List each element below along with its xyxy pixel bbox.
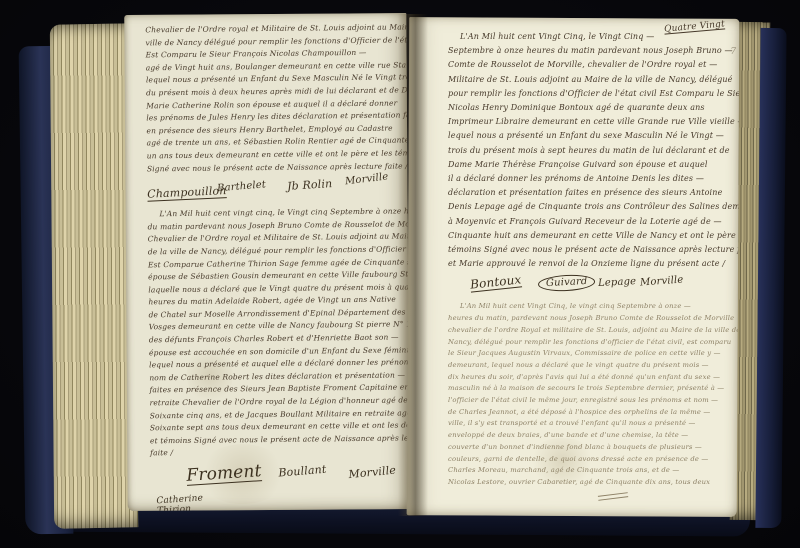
record-foundling-charles-jeannot-faded: L'An Mil huit cent Vingt Cinq, le vingt … — [448, 301, 734, 488]
manuscript-line: Nicolas Henry Dominique Bontoux agé de q… — [448, 101, 734, 115]
manuscript-line: Militaire de St. Louis adjoint au Maire … — [448, 73, 734, 87]
manuscript-line: et Marie approuvé le renvoi de la Onziem… — [448, 257, 734, 271]
photograph-background: Chevalier de l'Ordre royal et Militaire … — [0, 0, 800, 548]
manuscript-line: Cinquante huit ans demeurant en cette Vi… — [448, 229, 734, 243]
left-page: Chevalier de l'Ordre royal et Militaire … — [124, 13, 409, 511]
manuscript-line: témoins Signé avec nous le présent acte … — [448, 243, 734, 257]
manuscript-line: enveloppé de deux braies, d'une bande et… — [448, 430, 734, 442]
manuscript-line: demeurant, lequel nous a déclaré que le … — [448, 360, 734, 372]
signature-row: ChampouillonBartheletJb RolinMorville — [147, 176, 399, 209]
birth-record-jules-henry-champouillon: Chevalier de l'Ordre royal et Militaire … — [145, 22, 399, 176]
right-page-text: Quatre Vingt L'An Mil huit cent Vingt Ci… — [408, 18, 738, 499]
manuscript-line: déclaration et présentation faites en pr… — [448, 186, 734, 200]
manuscript-line: Septembre à onze heures du matin pardeva… — [448, 44, 734, 58]
manuscript-line: lequel nous a présenté un Enfant du sexe… — [448, 129, 734, 143]
manuscript-line: de Charles Jeannot, a été déposé à l'hos… — [448, 407, 734, 419]
left-page-text: Chevalier de l'Ordre royal et Militaire … — [124, 13, 409, 511]
manuscript-line: l'officier de l'état civil le même jour,… — [448, 395, 734, 407]
signature: Guivard — [538, 274, 596, 293]
signature: Morville — [640, 275, 684, 289]
manuscript-line: Charles Moreau, marchand, agé de Cinquan… — [448, 465, 734, 477]
manuscript-line: ville, il s'y est transporté et a trouvé… — [448, 418, 734, 430]
manuscript-line: Signé avec nous le présent acte de Naiss… — [147, 160, 399, 175]
manuscript-line: Nicolas Lestore, ouvrier Cabaretier, agé… — [448, 477, 734, 489]
signature-row: BontouxGuivardLepageMorville — [448, 273, 734, 301]
signature: Champouillon — [147, 184, 227, 201]
manuscript-line: heures du matin, pardevant nous Joseph B… — [448, 313, 734, 325]
signature: Boullant — [278, 463, 327, 480]
signature: Barthelet — [217, 179, 267, 194]
manuscript-line: couleurs, garni de dentelle, de quoi avo… — [448, 454, 734, 466]
signature: Morville — [348, 464, 397, 482]
birth-record-antoine-denis-bontoux: L'An Mil huit cent Vingt Cinq, le Vingt … — [448, 30, 734, 271]
manuscript-line: masculin né à la maison de secours le tr… — [448, 383, 734, 395]
manuscript-line: Imprimeur Libraire demeurant en cette vi… — [448, 115, 734, 129]
manuscript-line: à Moyenvic et François Guivard Receveur … — [448, 215, 734, 229]
manuscript-line: pour remplir les fonctions d'Officier de… — [448, 87, 734, 101]
manuscript-line: Denis Lepage agé de Cinquante trois ans … — [448, 200, 734, 214]
manuscript-line: Comte de Rousselot de Morville, chevalie… — [448, 58, 734, 72]
manuscript-line: faite / — [150, 445, 402, 460]
signature-row: FromentBoullantMorville — [150, 461, 402, 498]
end-flourish — [598, 492, 628, 501]
manuscript-line: il a déclaré donner les prénoms de Antoi… — [448, 172, 734, 186]
manuscript-line: le Sieur Jacques Augustin Virvaux, Commi… — [448, 348, 734, 360]
signature: Jb Rolin — [287, 177, 333, 193]
signature: Froment — [186, 461, 262, 486]
manuscript-line: dix heures du soir, d'après l'avis qui l… — [448, 372, 734, 384]
signature: Lepage — [598, 276, 637, 289]
manuscript-line: L'An Mil huit cent Vingt Cinq, le vingt … — [448, 301, 734, 313]
manuscript-line: trois du présent mois à sept heures du m… — [448, 144, 734, 158]
right-page: 7 Quatre Vingt L'An Mil huit cent Vingt … — [407, 17, 740, 517]
book-cover-right — [755, 28, 786, 528]
signature: Morville — [345, 172, 389, 188]
birth-record-catherine-robert: L'An Mil huit cent vingt cinq, le Vingt … — [147, 206, 402, 461]
manuscript-line: chevalier de l'ordre Royal et militaire … — [448, 325, 734, 337]
manuscript-line: Nancy, délégué pour remplir les fonction… — [448, 337, 734, 349]
signature: Bontoux — [469, 273, 522, 292]
manuscript-line: Dame Marie Thérèse Françoise Guivard son… — [448, 158, 734, 172]
manuscript-line: couverte d'un bonnet d'indienne fond bla… — [448, 442, 734, 454]
